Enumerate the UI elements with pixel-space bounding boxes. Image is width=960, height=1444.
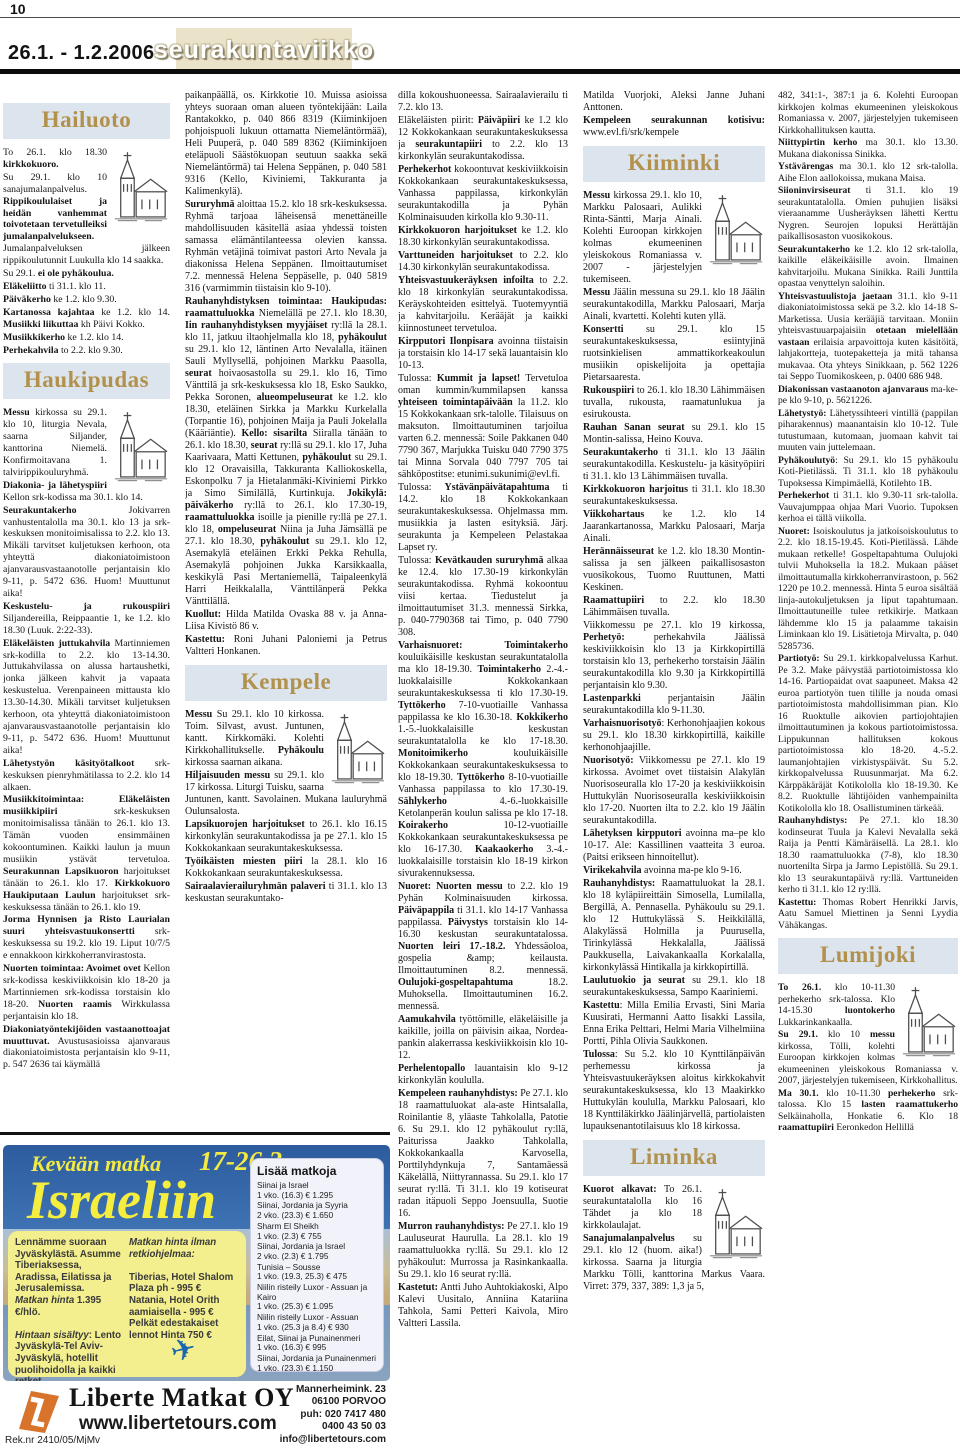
paragraph: Rauhan Sanan seurat su 29.1. klo 15 Mont… [583, 422, 765, 446]
section-header-kiiminki: Kiiminki [583, 146, 765, 182]
paragraph: Yhteisvastuukeräyksen infoilta to 2.2. k… [398, 275, 568, 335]
column-1: HailuotoTo 26.1. klo 18.30 kirkkokuoro.S… [3, 90, 170, 1130]
more-trips-list: Siinai ja Israel1 vko. (16.3) € 1.295Sii… [257, 1181, 377, 1372]
church-illustration-hailuoto [112, 149, 170, 223]
paragraph: Tulossa: Kummit ja lapset! Tervetuloa om… [398, 373, 568, 481]
trip-price: 1 vko. (25.3) € 1.095 [257, 1302, 377, 1312]
paragraph: Ystävärengas ma 30.1. klo 12 srk-talolla… [778, 161, 958, 184]
trip-price: 1 vko. (25.3 ja 8.4) € 930 [257, 1323, 377, 1333]
church-illustration-lumijoki [900, 984, 958, 1058]
paragraph: Varttuneiden harjoitukset to 2.2. klo 14… [398, 250, 568, 274]
trip-item: Eilat, Siinai ja Punainenmeri1 vko. (16.… [257, 1334, 377, 1353]
trip-price: 1 vko. (16.3) € 1.295 [257, 1191, 377, 1201]
trip-name: Niilin risteily Luxor - Assuan ja Kairo [257, 1283, 377, 1302]
ad-address-line: Mannerheimink. 23 [226, 1384, 386, 1396]
paragraph: Eläkeläisten piirit: Päiväpiiri ke 1.2 k… [398, 115, 568, 163]
church-illustration-liminka [707, 1186, 765, 1260]
paragraph: Viikkomessu pe 27.1. klo 19 kirkossa, Pe… [583, 620, 765, 692]
trip-price: 1 vko. (19.3, 25.3) € 475 [257, 1272, 377, 1282]
paragraph: Kirkkokuoron harjoitus ti 31.1. klo 18.3… [583, 484, 765, 508]
top-rule [0, 17, 960, 18]
section-header-haukipudas: Haukipudas [3, 363, 170, 399]
paragraph: Herännäisseurat ke 1.2. klo 18.30 Montin… [583, 546, 765, 594]
paragraph: Kartanossa kajahtaa ke 1.2. klo 14. Musi… [3, 307, 170, 331]
liberte-logo-icon [11, 1385, 65, 1435]
paragraph: Virikekahvila avoinna ma-pe klo 9-16. [583, 865, 765, 877]
column-3: dilla kokoushuoneessa. Sairaalavierailu … [398, 90, 568, 1444]
ad-registration-number: Rek.nr 2410/05/MjMv [5, 1435, 100, 1444]
trip-item: Siinai, Jordania ja Punainenmeri1 vko. (… [257, 1354, 377, 1372]
paragraph: Su 29.1. ei ole pyhäkoulua. [3, 268, 170, 280]
paragraph: Rauhanyhdistyksen toimintaa: Haukipudas:… [185, 296, 387, 608]
paragraph: Siioninvirsiseurat ti 31.1. klo 19 seura… [778, 185, 958, 243]
paragraph: Lähetystyön käsityötalkoot srk-keskuksen… [3, 758, 170, 794]
paragraph: Rukouspiiri to 26.1. klo 18.30 Lähimmäis… [583, 385, 765, 421]
paragraph: Tulossa: Ystävänpäivätapahtuma ti 14.2. … [398, 482, 568, 554]
paragraph: Lähetyksen kirpputori avoinna ma–pe klo … [583, 828, 765, 864]
ad-contact-block: Mannerheimink. 2306100 PORVOOpuh: 020 74… [226, 1384, 386, 1444]
paragraph: Perhelentopallo lauantaisin klo 9-12 kir… [398, 1063, 568, 1087]
paragraph: dilla kokoushuoneessa. Sairaalavierailu … [398, 90, 568, 114]
church-illustration-kempele [329, 711, 387, 785]
section-header-liminka: Liminka [583, 1140, 765, 1176]
paragraph: Niittypirtin kerho ma 30.1. klo 13.30. M… [778, 137, 958, 160]
paragraph: Seurakuntakerho ti 31.1. klo 13 Jäälin s… [583, 447, 765, 483]
paragraph: Musiikkikerho ke 1.2. klo 14. [3, 332, 170, 344]
paragraph: Matilda Vuorjoki, Aleksi Janne Juhani An… [583, 90, 765, 114]
trip-price: 2 vko. (23.3) € 1.650 [257, 1211, 377, 1221]
header-rule [0, 69, 960, 74]
travel-ad: Kevään matka 17-26.3 Israeliin Lennämme … [3, 1145, 390, 1444]
paragraph: Perhekerhot ti 31.1. klo 9.30-11 srk-tal… [778, 490, 958, 525]
section-banner: seurakuntaviikko [176, 28, 352, 72]
paragraph: Lapsikuorojen harjoitukset to 26.1. klo … [185, 819, 387, 855]
paragraph: Seurakuntakerho Jokivarren vanhustentalo… [3, 505, 170, 600]
ad-text-line: Tiberias, Hotel Shalom Plaza ph - 995 € [129, 1272, 239, 1295]
paragraph: Tulossa: Kevätkauden sururyhmä alkaa ke … [398, 555, 568, 639]
ad-info-box: Lennämme suoraan Jyväskylästä. Asumme Ti… [8, 1231, 246, 1377]
paragraph: Aamukahvila työttömille, eläkeläisille j… [398, 1014, 568, 1062]
paragraph: Kastettu: Thomas Robert Henrikki Jarvis,… [778, 897, 958, 932]
date-range: 26.1. - 1.2.2006 [8, 42, 155, 65]
trip-price: 1 vko. (2.3) € 755 [257, 1232, 377, 1242]
trip-item: Siinai, Jordania ja Israel2 vko. (2.3) €… [257, 1242, 377, 1261]
paragraph: Sairaalavierailuryhmän palaveri ti 31.1.… [185, 881, 387, 905]
ad-text-line [15, 1318, 122, 1330]
paragraph: Eläkeliitto ti 31.1. klo 11. [3, 281, 170, 293]
paragraph: Lastenparkki perjantaisin Jäälin seuraku… [583, 693, 765, 717]
paragraph: Kastettu: Roni Juhani Paloniemi ja Petru… [185, 634, 387, 658]
paragraph: Viikkohartaus ke 1.2. klo 14 Jaarankarta… [583, 509, 765, 545]
paragraph: Kirkkokuoron harjoitukset ke 1.2. klo 18… [398, 225, 568, 249]
paragraph: Partiotyö: Su 29.1. kirkkopalvelussa Kar… [778, 653, 958, 814]
paragraph: Kastetut: Antti Juho Auhtokiakoski, Alpo… [398, 1282, 568, 1330]
paragraph: Kuollut: Hilda Matilda Ovaska 88 v. ja A… [185, 609, 387, 633]
paragraph: Rauhanyhdistys: Raamattuluokat la 28.1. … [583, 878, 765, 974]
ad-address-line: 06100 PORVOO [226, 1396, 386, 1408]
column-4: Matilda Vuorjoki, Aleksi Janne Juhani An… [583, 90, 765, 1444]
column-5: 482, 341:1-, 387:1 ja 6. Kolehti Euroopa… [778, 90, 958, 1444]
section-header-hailuoto: Hailuoto [3, 103, 170, 139]
paragraph: Varhaisnuoret: Toimintakerho kouluikäisi… [398, 640, 568, 880]
church-illustration-kiiminki [707, 192, 765, 266]
trip-price: 2 vko. (2.3) € 1.795 [257, 1252, 377, 1262]
ad-text-line: Matkan hinta 1.395 €/hlö. [15, 1295, 122, 1318]
paragraph: Yhteisvastuulistoja jaetaan 31.1. klo 9-… [778, 291, 958, 383]
ad-destination: Israeliin [27, 1169, 216, 1231]
trip-item: Sharm El Sheikh1 vko. (2.3) € 755 [257, 1222, 377, 1241]
trip-item: Siinai ja Israel1 vko. (16.3) € 1.295 [257, 1181, 377, 1200]
newspaper-page: 10 26.1. - 1.2.2006 seurakuntaviikko Hai… [0, 0, 960, 1444]
paragraph: Nuoret: Isoiskoulutus ja jatkoisoiskoulu… [778, 526, 958, 653]
paragraph: Messu Jäälin messuna su 29.1. klo 18 Jää… [583, 287, 765, 323]
paragraph: Seurakuntakerho ke 1.2. klo 12 srk-talol… [778, 244, 958, 290]
paragraph: Kirpputori Ilonpisara avoinna tiistaisin… [398, 336, 568, 372]
trip-item: Siinai, Jordania ja Syyria2 vko. (23.3) … [257, 1201, 377, 1220]
church-illustration-haukipudas [112, 409, 170, 483]
paragraph: Päiväkerho ke 1.2. klo 9.30. [3, 294, 170, 306]
ad-address-line: puh: 020 7417 480 [226, 1409, 386, 1421]
paragraph: Raamattupiiri to 2.2. klo 18.30 Lähimmäi… [583, 595, 765, 619]
paragraph: Eläkeläisten juttukahvila Martinniemen s… [3, 638, 170, 757]
paragraph: Murron rauhanyhdistys: Pe 27.1. klo 19 L… [398, 1221, 568, 1281]
paragraph: 482, 341:1-, 387:1 ja 6. Kolehti Euroopa… [778, 90, 958, 136]
paragraph: Nuoret: Nuorten messu to 2.2. klo 19 Pyh… [398, 881, 568, 1013]
ad-text-line: Natania, Hotel Orith aamiaisella - 995 € [129, 1295, 239, 1318]
paragraph: Pyhäkoulutyö: Su 29.1. klo 15 pyhäkoulu … [778, 455, 958, 490]
ad-address-line: 0400 43 50 03 [226, 1421, 386, 1433]
paragraph: Keskustelu- ja rukouspiiri Siljandereill… [3, 601, 170, 637]
trip-item: Tunisia – Sousse1 vko. (19.3, 25.3) € 47… [257, 1263, 377, 1282]
ad-text-line: Matkan hinta ilman retkiohjelmaa: [129, 1237, 239, 1260]
paragraph: Rauhanyhdistys: Pe 27.1. klo 18.30 kodin… [778, 815, 958, 896]
paragraph: Laulutuokio ja seurat su 29.1. klo 18 se… [583, 975, 765, 999]
ad-text-line: Hintaan sisältyy: Lento Jyväskylä-Tel Av… [15, 1330, 122, 1381]
ad-email-link[interactable]: info@libertetours.com [226, 1434, 386, 1444]
paragraph: Kastettu: Milla Emilia Ervasti, Sini Mar… [583, 1000, 765, 1048]
paragraph: Nuorten toimintaa: Avoimet ovet Kellon s… [3, 963, 170, 1023]
section-header-lumijoki: Lumijoki [778, 938, 958, 974]
banner-title: seurakuntaviikko [154, 36, 374, 65]
paragraph: Musiikkitoimintaa: Eläkeläisten musiikki… [3, 794, 170, 913]
section-header-kempele: Kempele [185, 665, 387, 701]
more-trips-panel: Lisää matkoja Siinai ja Israel1 vko. (16… [250, 1158, 384, 1372]
paragraph: Diakoniatyöntekijöiden vastaanottoajat m… [3, 1024, 170, 1072]
paragraph: Jorma Hynnisen ja Risto Laurialan suuri … [3, 914, 170, 962]
paragraph: Ma 30.1. klo 10-11.30 perhekerho srk-tal… [778, 1088, 958, 1134]
paragraph: Työikäisten miesten piiri la 28.1. klo 1… [185, 856, 387, 880]
trip-price: 1 vko. (16.3) € 995 [257, 1343, 377, 1353]
paragraph: Kempeleen rauhanyhdistys: Pe 27.1. klo 1… [398, 1088, 568, 1220]
paragraph: Diakonia- ja lähetyspiiri Kellon srk-kod… [3, 480, 170, 504]
trip-item: Niilin risteily Luxor - Assuan ja Kairo1… [257, 1283, 377, 1312]
trip-item: Niilin risteily Luxor - Assuan1 vko. (25… [257, 1313, 377, 1332]
paragraph: Diakonissan vastaanoton ajanvaraus ma-ke… [778, 384, 958, 407]
ad-text-line [129, 1260, 239, 1272]
ad-info-left: Lennämme suoraan Jyväskylästä. Asumme Ti… [15, 1237, 122, 1371]
paragraph: Konsertti su 29.1. klo 15 seurakuntakesk… [583, 324, 765, 384]
ad-text-line: Lennämme suoraan Jyväskylästä. Asumme Ti… [15, 1237, 122, 1295]
ad-banner: Kevään matka 17-26.3 Israeliin Lennämme … [3, 1145, 390, 1381]
paragraph: Tulossa: Su 5.2. klo 10 Kynttilänpäivän … [583, 1049, 765, 1133]
paragraph: Varhaisnuorisotyö: Kerhonohjaajien kokou… [583, 718, 765, 754]
paragraph: Sururyhmä aloittaa 15.2. klo 18 srk-kesk… [185, 199, 387, 295]
paragraph: Nuorisotyö: Viikkomessu pe 27.1. klo 19 … [583, 755, 765, 827]
column-2: paikanpäällä, os. Kirkkotie 10. Muissa a… [185, 90, 387, 1134]
paragraph: paikanpäällä, os. Kirkkotie 10. Muissa a… [185, 90, 387, 198]
page-number: 10 [10, 1, 26, 17]
paragraph: Perhekahvila to 2.2. klo 9.30. [3, 345, 170, 357]
paragraph: Lähetystyö: Lähetyssihteeri vintillä (pa… [778, 408, 958, 454]
more-trips-title: Lisää matkoja [257, 1164, 377, 1178]
ad-separator-rule [0, 1132, 390, 1135]
trip-price: 1 vko. (23.3) € 1.150 [257, 1364, 377, 1372]
paragraph: Kempeleen seurakunnan kotisivu: www.evl.… [583, 115, 765, 139]
paragraph: Perhekerhot kokoontuvat keskiviikkoisin … [398, 164, 568, 224]
